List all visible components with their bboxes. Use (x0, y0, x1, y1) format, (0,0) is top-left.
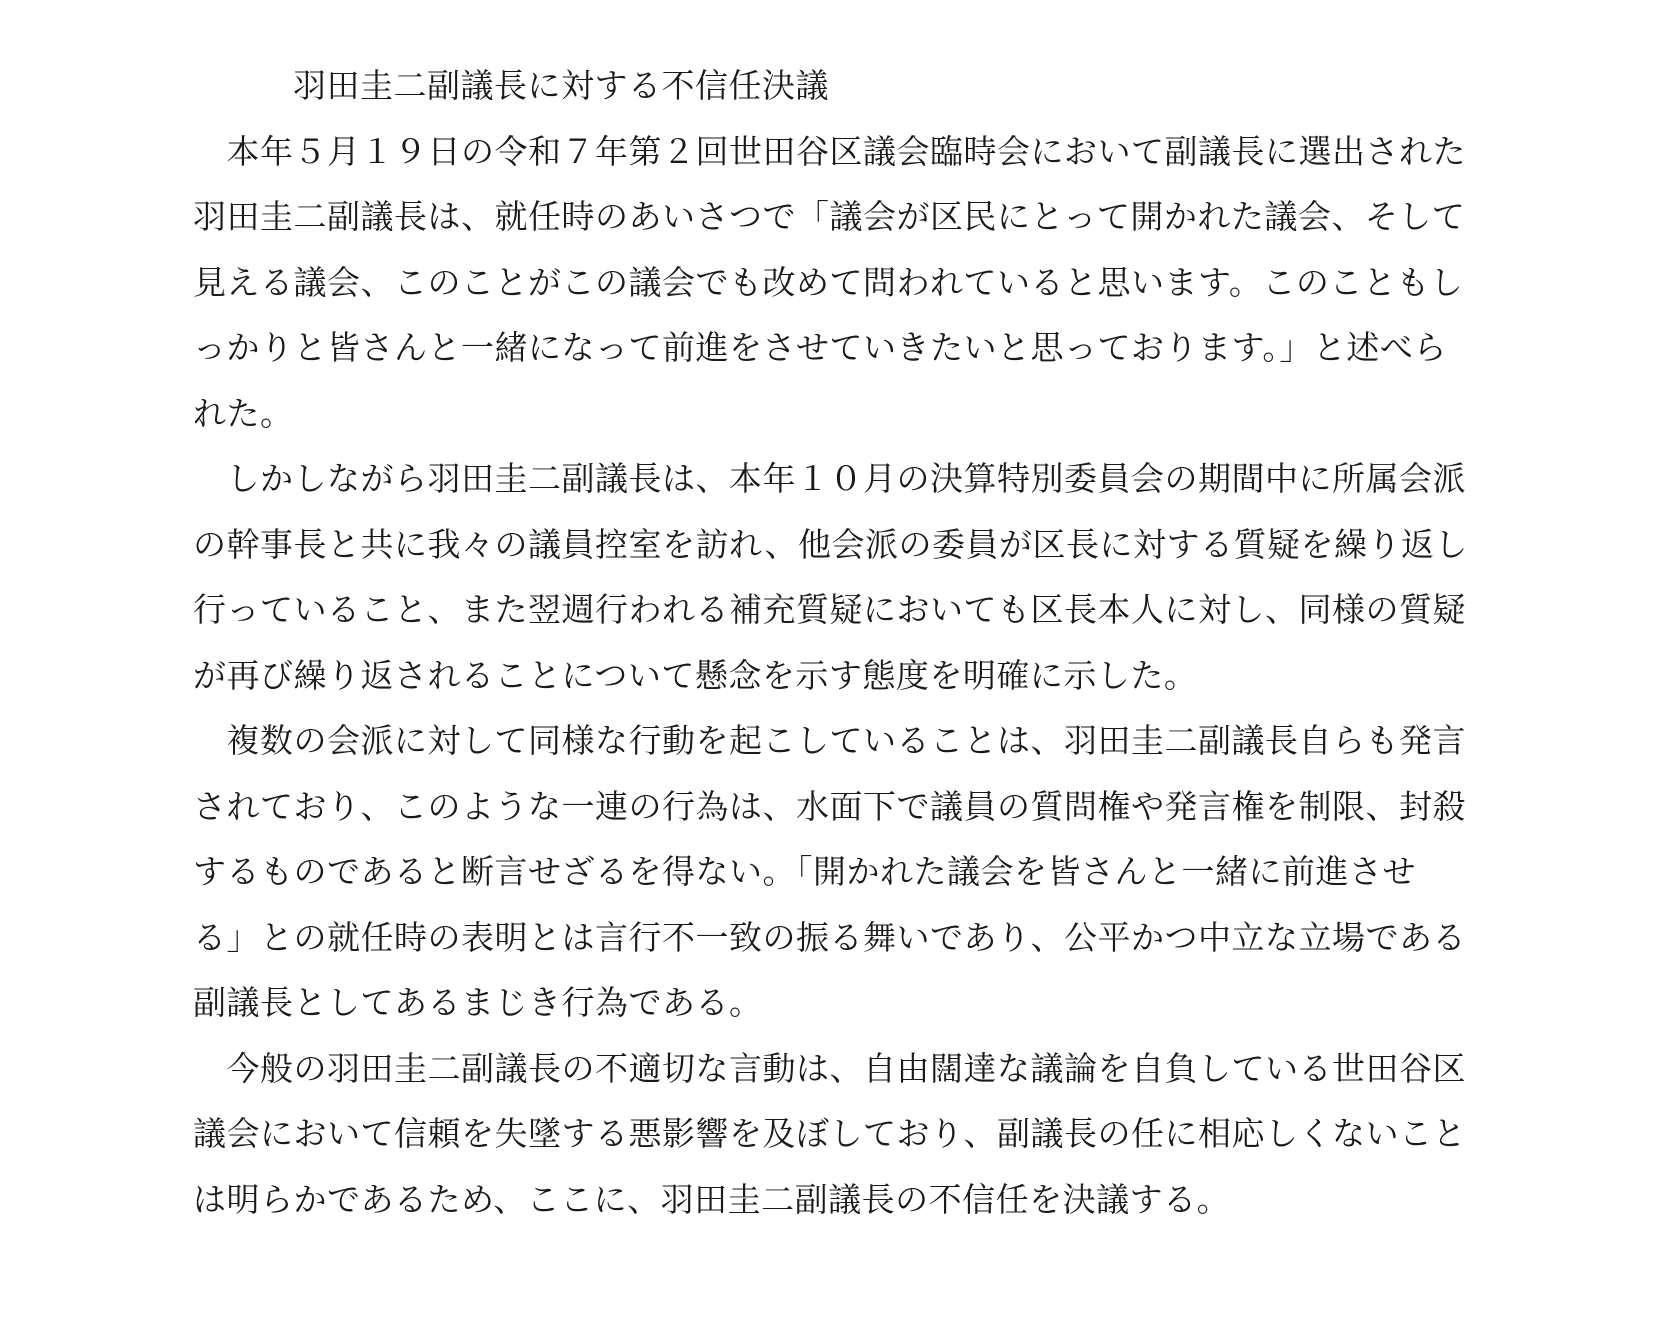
text-line: 羽田圭二副議長は、就任時のあいさつで「議会が区民にとって開かれた議会、そして (193, 186, 1483, 252)
text-line: っかりと皆さんと一緒になって前進をさせていきたいと思っております。」と述べら (193, 317, 1483, 383)
text-line: 複数の会派に対して同様な行動を起こしていることは、羽田圭二副議長自らも発言 (193, 710, 1483, 776)
text-line: は明らかであるため、ここに、羽田圭二副議長の不信任を決議する。 (193, 1169, 1483, 1235)
paragraph-3: 複数の会派に対して同様な行動を起こしていることは、羽田圭二副議長自らも発言されて… (193, 710, 1483, 1038)
text-line: 行っていること、また翌週行われる補充質疑においても区長本人に対し、同様の質疑 (193, 579, 1483, 645)
text-line: 副議長としてあるまじき行為である。 (193, 972, 1483, 1038)
text-line: するものであると断言せざるを得ない。「開かれた議会を皆さんと一緒に前進させ (193, 841, 1483, 907)
text-line: されており、このような一連の行為は、水面下で議員の質問権や発言権を制限、封殺 (193, 776, 1483, 842)
paragraph-4: 今般の羽田圭二副議長の不適切な言動は、自由闊達な議論を自負している世田谷区議会に… (193, 1038, 1483, 1235)
document-body: 本年５月１９日の令和７年第２回世田谷区議会臨時会において副議長に選出された羽田圭… (193, 121, 1483, 1235)
text-line: る」との就任時の表明とは言行不一致の振る舞いであり、公平かつ中立な立場である (193, 907, 1483, 973)
paragraph-2: しかしながら羽田圭二副議長は、本年１０月の決算特別委員会の期間中に所属会派の幹事… (193, 448, 1483, 710)
text-line: の幹事長と共に我々の議員控室を訪れ、他会派の委員が区長に対する質疑を繰り返し (193, 514, 1483, 580)
text-line: 見える議会、このことがこの議会でも改めて問われていると思います。このこともし (193, 252, 1483, 318)
resolution-document: 羽田圭二副議長に対する不信任決議 本年５月１９日の令和７年第２回世田谷区議会臨時… (193, 55, 1483, 1234)
document-title: 羽田圭二副議長に対する不信任決議 (193, 55, 1483, 121)
text-line: しかしながら羽田圭二副議長は、本年１０月の決算特別委員会の期間中に所属会派 (193, 448, 1483, 514)
text-line: 議会において信頼を失墜する悪影響を及ぼしており、副議長の任に相応しくないこと (193, 1103, 1483, 1169)
text-line: 今般の羽田圭二副議長の不適切な言動は、自由闊達な議論を自負している世田谷区 (193, 1038, 1483, 1104)
text-line: が再び繰り返されることについて懸念を示す態度を明確に示した。 (193, 645, 1483, 711)
text-line: 本年５月１９日の令和７年第２回世田谷区議会臨時会において副議長に選出された (193, 121, 1483, 187)
text-line: れた。 (193, 383, 1483, 449)
paragraph-1: 本年５月１９日の令和７年第２回世田谷区議会臨時会において副議長に選出された羽田圭… (193, 121, 1483, 449)
